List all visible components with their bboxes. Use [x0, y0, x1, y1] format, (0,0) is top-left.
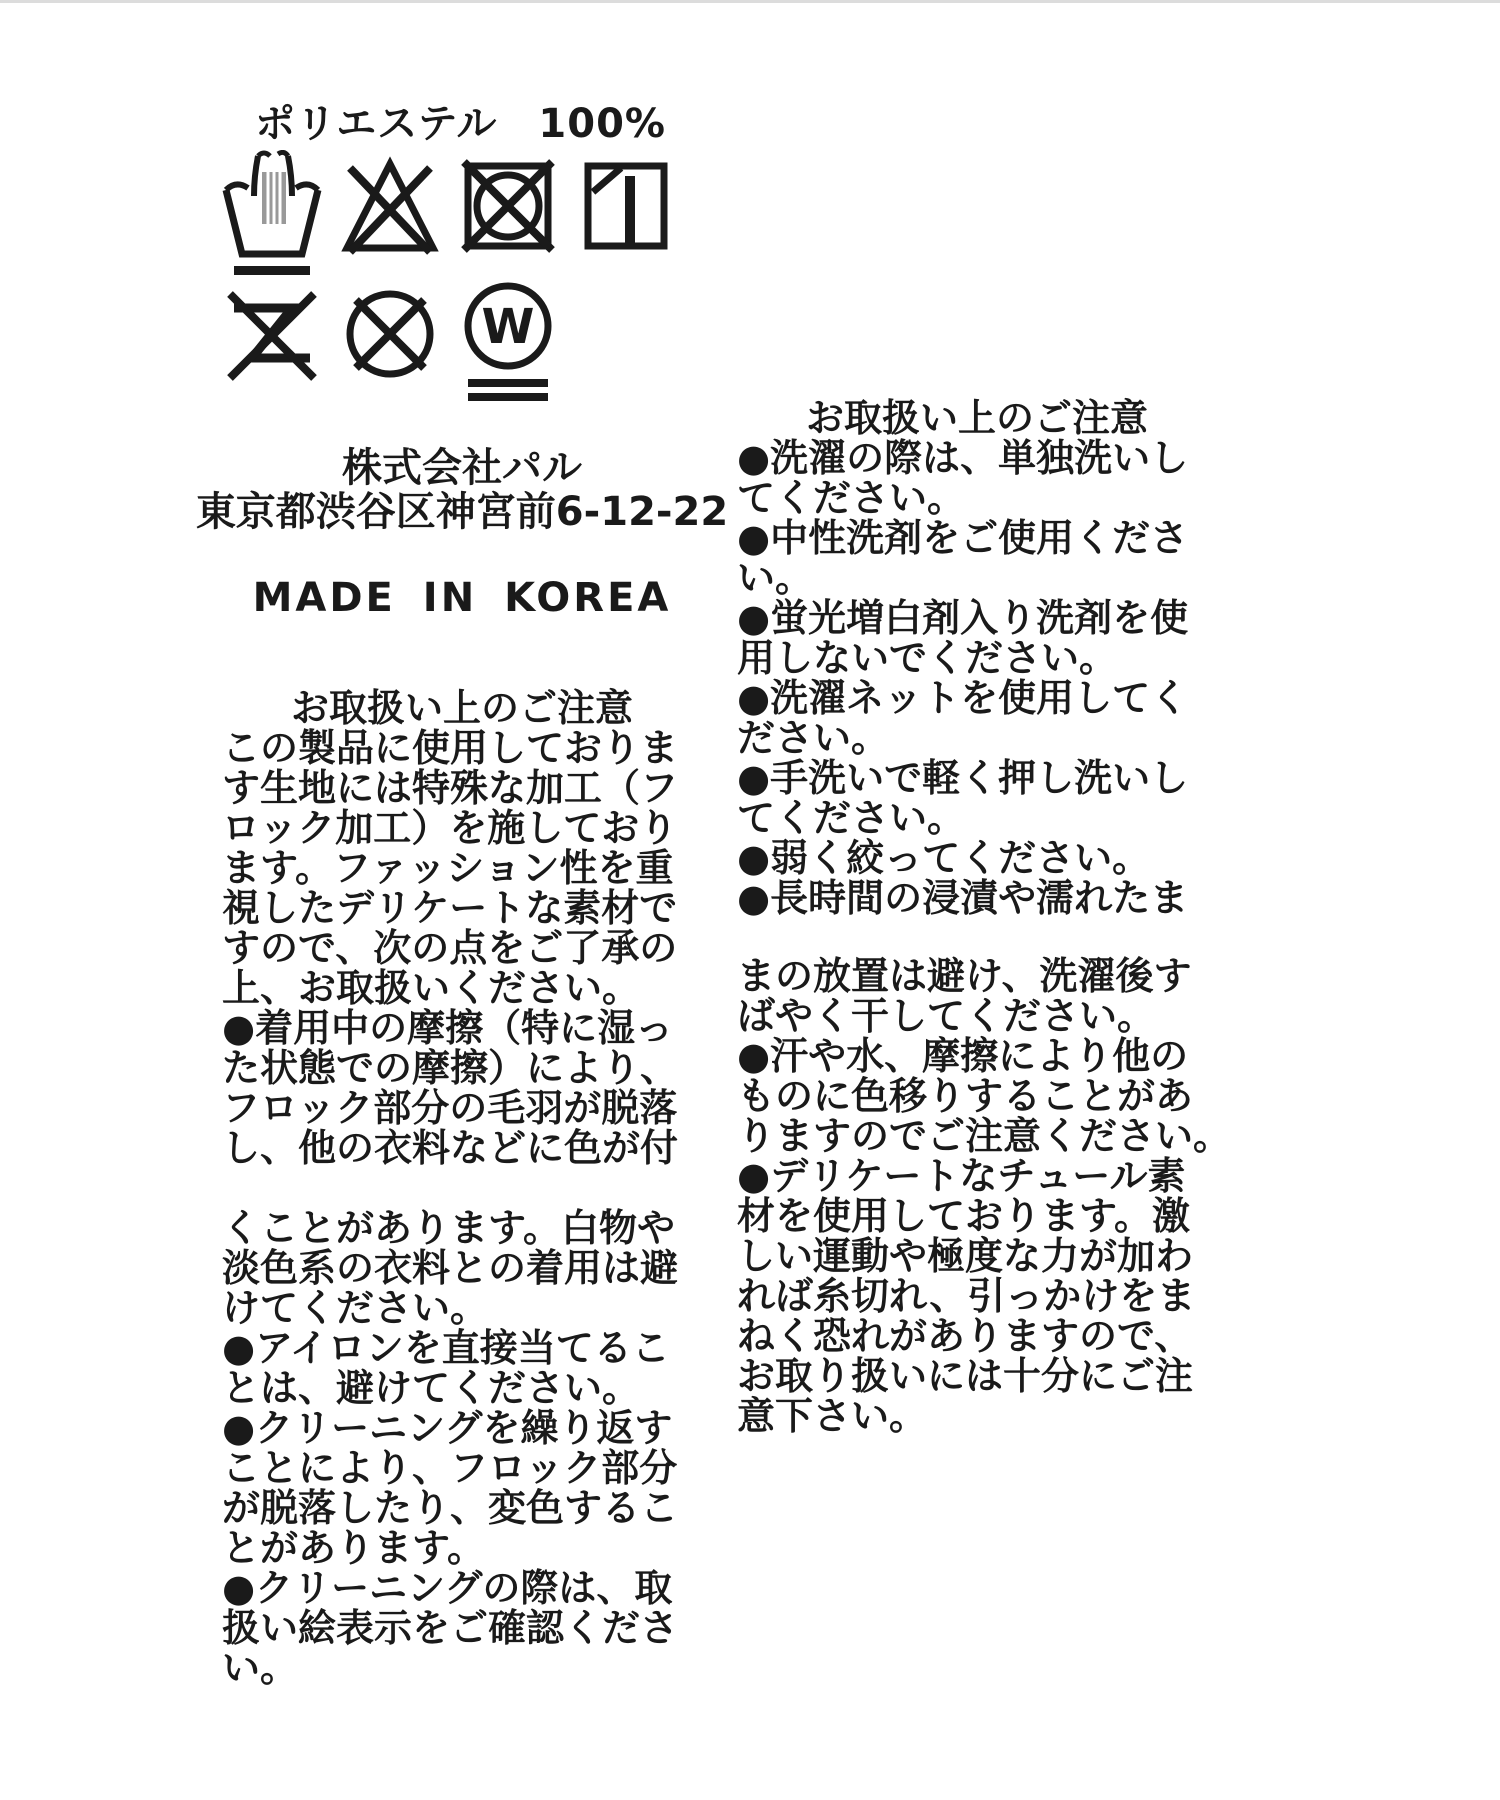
text-line: ●汗や水、摩擦により他の [737, 1036, 1217, 1076]
text-line: まの放置は避け、洗濯後す [737, 956, 1217, 996]
care-notes-left-block2: くことがあります。白物や淡色系の衣料との着用は避けてください。●アイロンを直接当… [222, 1208, 702, 1688]
care-notes-right-heading: お取扱い上のご注意 [737, 398, 1217, 438]
care-notes-left-block1: この製品に使用しております生地には特殊な加工（フロック加工）を施しております。フ… [222, 728, 702, 1168]
text-line: すので、次の点をご了承の [222, 928, 702, 968]
company-name: 株式会社パル [162, 446, 762, 490]
text-line: が脱落したり、変色するこ [222, 1488, 702, 1528]
text-line: けてください。 [222, 1288, 702, 1328]
care-notes-left-heading: お取扱い上のご注意 [222, 688, 702, 728]
text-line: ●中性洗剤をご使用くださ [737, 518, 1217, 558]
text-line: 用しないでください。 [737, 638, 1217, 678]
text-line: この製品に使用しておりま [222, 728, 702, 768]
text-line: ます。ファッション性を重 [222, 848, 702, 888]
text-line: フロック部分の毛羽が脱落 [222, 1088, 702, 1128]
text-line: 意下さい。 [737, 1396, 1217, 1436]
text-line: ●蛍光増白剤入り洗剤を使 [737, 598, 1217, 638]
text-line: 視したデリケートな素材で [222, 888, 702, 928]
text-line: ものに色移りすることがあ [737, 1076, 1217, 1116]
top-edge-divider [0, 0, 1500, 3]
line-dry-in-shade-icon [576, 150, 676, 280]
text-line: ●長時間の浸漬や濡れたま [737, 878, 1217, 918]
text-line: てください。 [737, 798, 1217, 838]
text-line: い。 [737, 558, 1217, 598]
fabric-composition: ポリエステル 100% [255, 92, 666, 149]
do-not-bleach-icon [340, 150, 440, 280]
text-line: ●弱く絞ってください。 [737, 838, 1217, 878]
text-line: ●着用中の摩擦（特に湿っ [222, 1008, 702, 1048]
text-line: しい運動や極度な力が加わ [737, 1236, 1217, 1276]
text-line: い。 [222, 1648, 702, 1688]
care-symbols-row-2: W [222, 278, 558, 408]
text-line: てください。 [737, 478, 1217, 518]
text-line: りますのでご注意ください。 [737, 1116, 1217, 1156]
text-line: し、他の衣料などに色が付 [222, 1128, 702, 1168]
text-line: ことにより、フロック部分 [222, 1448, 702, 1488]
text-line: ●洗濯の際は、単独洗いし [737, 438, 1217, 478]
text-line: とは、避けてください。 [222, 1368, 702, 1408]
text-line: 材を使用しております。激 [737, 1196, 1217, 1236]
text-line: ●クリーニングを繰り返す [222, 1408, 702, 1448]
text-line: とがあります。 [222, 1528, 702, 1568]
care-notes-left: お取扱い上のご注意 この製品に使用しております生地には特殊な加工（フロック加工）… [222, 688, 702, 1688]
text-line: ばやく干してください。 [737, 996, 1217, 1036]
care-symbols-row-1 [222, 150, 676, 280]
hand-wash-icon [222, 150, 322, 280]
company-address: 東京都渋谷区神宮前6-12-22 [162, 490, 762, 534]
text-line: くことがあります。白物や [222, 1208, 702, 1248]
do-not-wring-icon [222, 278, 322, 408]
text-line: ねく恐れがありますので、 [737, 1316, 1217, 1356]
manufacturer-block: 株式会社パル 東京都渋谷区神宮前6-12-22 MADE IN KOREA [162, 446, 762, 620]
care-notes-right-block2: まの放置は避け、洗濯後すばやく干してください。●汗や水、摩擦により他のものに色移… [737, 956, 1217, 1436]
text-line: ださい。 [737, 718, 1217, 758]
care-notes-right: お取扱い上のご注意 ●洗濯の際は、単独洗いしてください。●中性洗剤をご使用くださ… [737, 398, 1217, 1436]
country-of-origin: MADE IN KOREA [162, 576, 762, 620]
care-notes-right-block1: ●洗濯の際は、単独洗いしてください。●中性洗剤をご使用ください。●蛍光増白剤入り… [737, 438, 1217, 918]
text-line: 淡色系の衣料との着用は避 [222, 1248, 702, 1288]
text-line: ●洗濯ネットを使用してく [737, 678, 1217, 718]
text-line: ●デリケートなチュール素 [737, 1156, 1217, 1196]
wet-clean-letter: W [482, 299, 535, 355]
text-line: お取り扱いには十分にご注 [737, 1356, 1217, 1396]
wet-clean-gentle-icon: W [458, 278, 558, 408]
text-line: ロック加工）を施しており [222, 808, 702, 848]
care-label-page: ポリエステル 100% [0, 0, 1500, 1800]
text-line: た状態での摩擦）により、 [222, 1048, 702, 1088]
text-line: 扱い絵表示をご確認くださ [222, 1608, 702, 1648]
text-line: ●クリーニングの際は、取 [222, 1568, 702, 1608]
text-line: ●手洗いで軽く押し洗いし [737, 758, 1217, 798]
text-line: ●アイロンを直接当てるこ [222, 1328, 702, 1368]
text-line: す生地には特殊な加工（フ [222, 768, 702, 808]
do-not-dry-clean-icon [340, 278, 440, 408]
do-not-tumble-dry-icon [458, 150, 558, 280]
text-line: 上、お取扱いください。 [222, 968, 702, 1008]
text-line: れば糸切れ、引っかけをま [737, 1276, 1217, 1316]
